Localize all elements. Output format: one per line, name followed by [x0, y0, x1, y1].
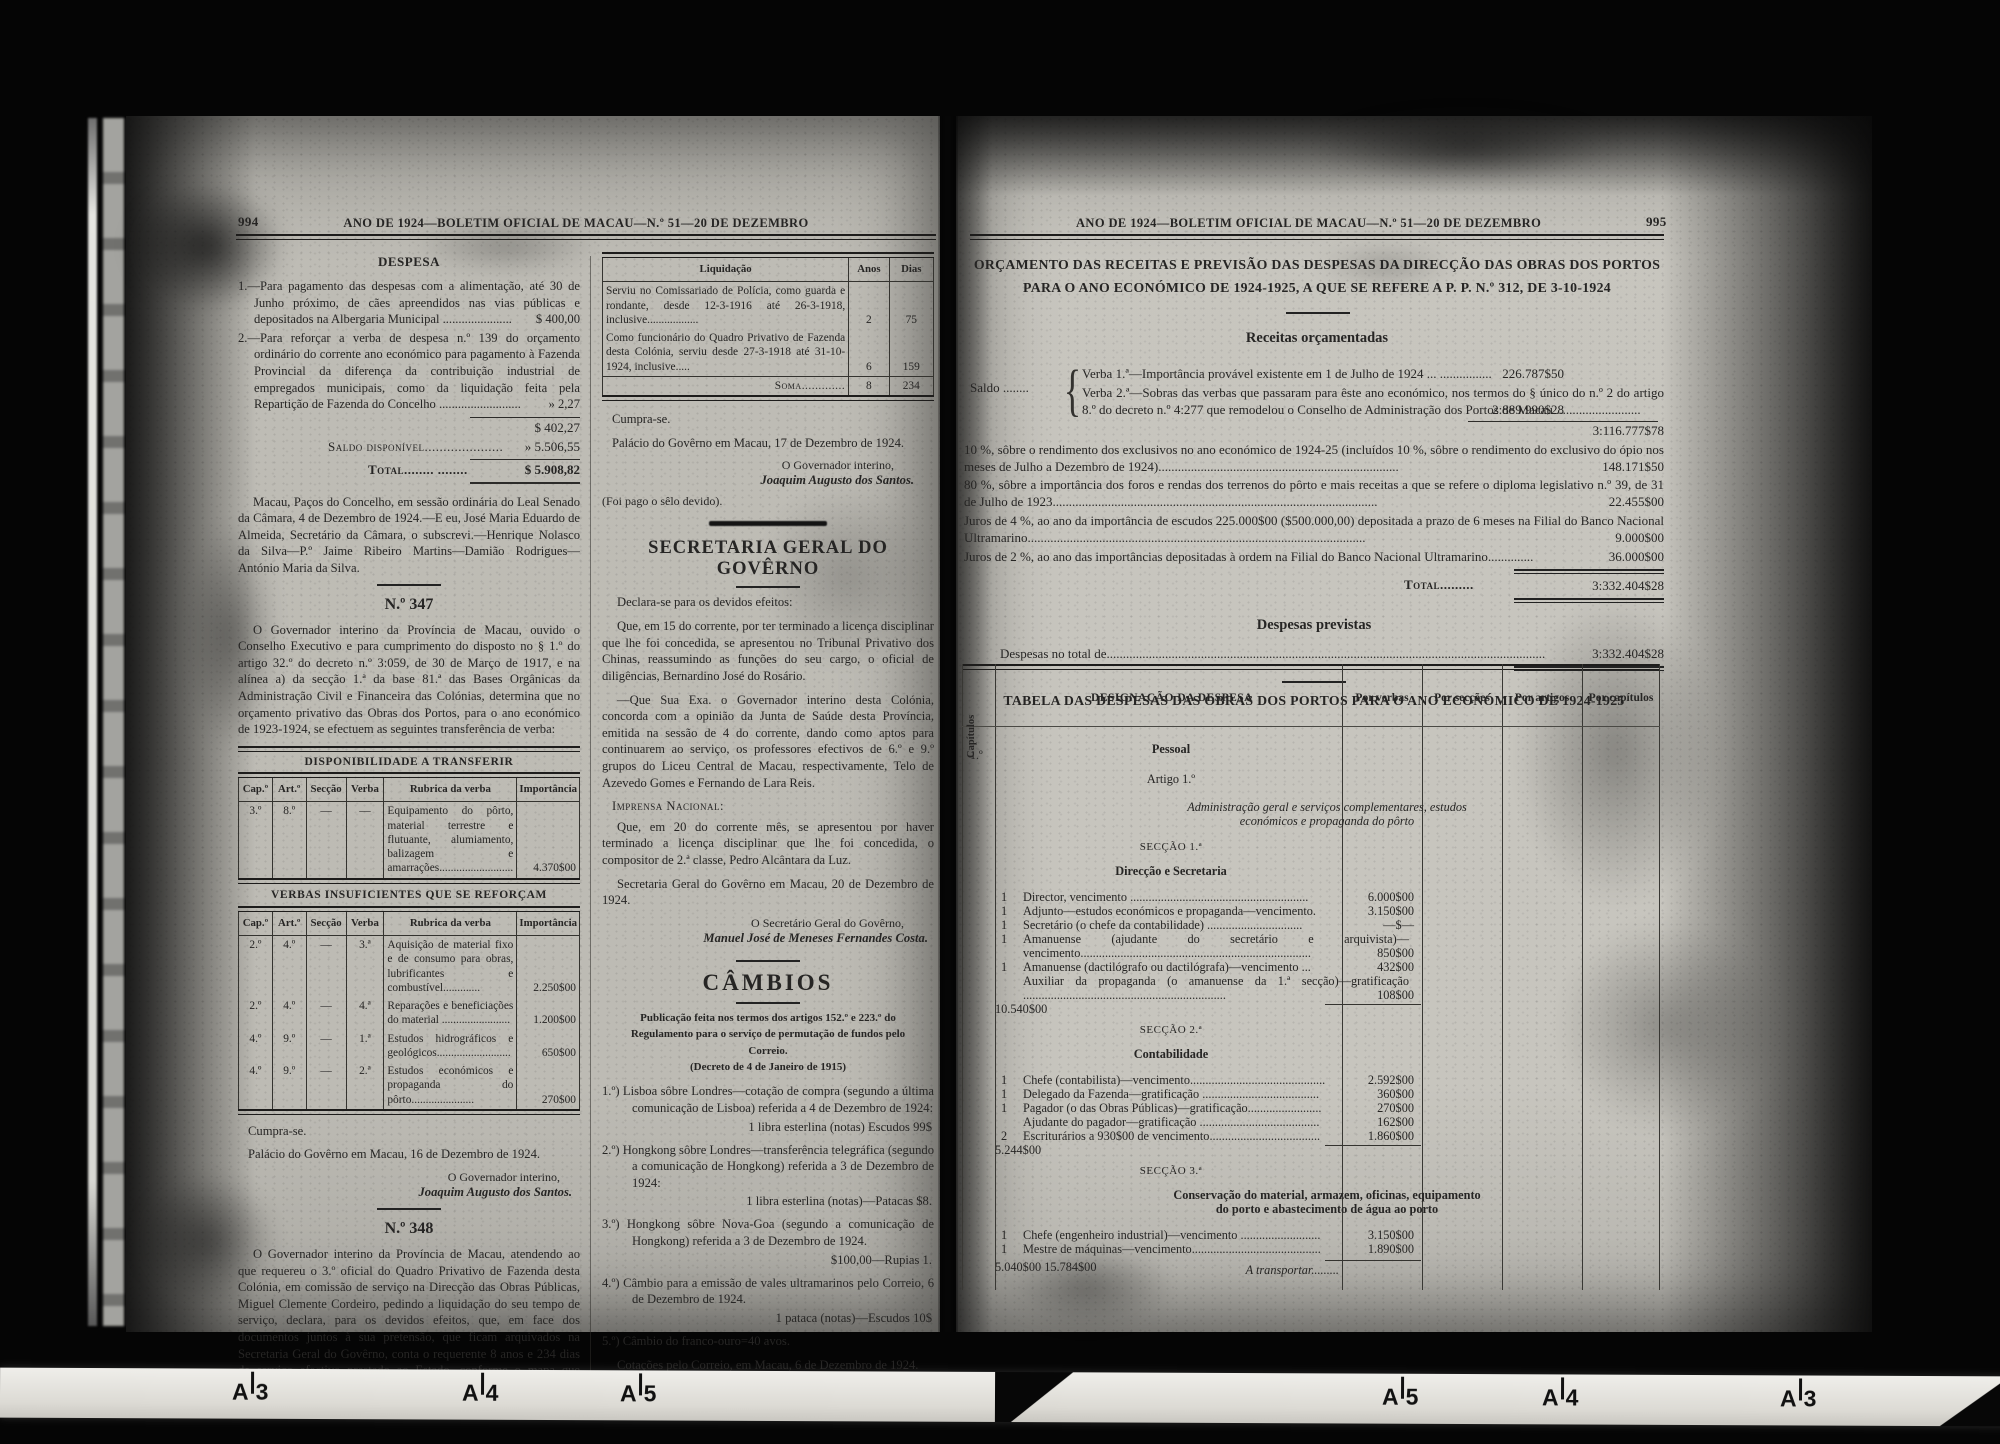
table-top-rule	[238, 746, 580, 752]
table-row: 2.º 4.º — 3.ª Aquisição de material fixo…	[239, 936, 580, 998]
cambio-item: 4.º) Câmbio para a emissão de vales ultr…	[602, 1275, 934, 1308]
cambio-quote: 1 libra esterlina (notas) Escudos 99$	[602, 1120, 934, 1135]
gazette-page-right: ANO DE 1924—BOLETIM OFICIAL DE MACAU—N.º…	[956, 116, 1872, 1332]
table-row: 1Adjunto—estudos económicos e propaganda…	[995, 904, 1659, 918]
table-rule	[238, 878, 580, 884]
signature: Joaquim Augusto dos Santos.	[602, 473, 934, 488]
table-row: Ajudante do pagador—gratificação .......…	[995, 1115, 1659, 1129]
column-rule	[590, 256, 591, 1416]
film-edge-strip	[88, 118, 97, 1326]
ruler-mark: A3	[1780, 1385, 1817, 1412]
table-row: 1Delegado da Fazenda—gratificação ......…	[995, 1087, 1659, 1101]
declara-line: Declara-se para os devidos efeitos:	[602, 594, 934, 611]
ruler-mark: A3	[232, 1379, 269, 1406]
film-sprocket-strip	[103, 118, 124, 1326]
table-line	[962, 664, 963, 1290]
reinforce-table: Cap.º Art.º Secção Verba Rubrica da verb…	[238, 912, 580, 1109]
artigo-heading: Artigo 1.º	[995, 772, 1347, 786]
n347-heading: N.º 347	[238, 596, 580, 614]
soma-row: Soma............. 8 234	[603, 376, 934, 395]
table-row: 1Director, vencimento ..................…	[995, 890, 1659, 904]
ruler-notch	[1011, 1372, 1073, 1422]
signature: Joaquim Augusto dos Santos.	[238, 1185, 580, 1200]
sec2-name: Contabilidade	[995, 1047, 1347, 1061]
imprensa-heading: Imprensa Nacional:	[602, 798, 934, 815]
gov-interino: O Governador interino,	[602, 458, 934, 473]
cambio-item: 5.º) Câmbio do franco-ouro=40 avos.	[602, 1333, 934, 1350]
verba1-line: Verba 1.ª—Importância provável existente…	[1082, 366, 1664, 383]
saldo-total-line: 3:116.777$78	[964, 423, 1664, 440]
cumpra-se: Cumpra-se.	[602, 411, 934, 428]
table-row: 2.º 4.º — 4.ª Reparações e beneficiações…	[239, 997, 580, 1030]
table-row: 3.º 8.º — — Equipamento do pôrto, materi…	[239, 802, 580, 878]
n347-body: O Governador interino da Província de Ma…	[238, 622, 580, 738]
heavy-separator	[709, 521, 827, 526]
tick-icon	[639, 1373, 642, 1395]
masthead-rule	[236, 234, 936, 240]
palacio-line: Palácio do Govêrno em Macau, 17 de Dezem…	[602, 435, 934, 452]
col-artigos: Por artigos	[1504, 692, 1580, 704]
secretario-geral: O Secretário Geral do Govêrno,	[602, 916, 934, 931]
secretaria-par3: Que, em 20 do corrente mês, se apresento…	[602, 819, 934, 869]
ruler-mark: A4	[1542, 1384, 1579, 1411]
total-line: Total......... 3:332.404$28	[964, 577, 1664, 595]
sec1-name: Direcção e Secretaria	[995, 864, 1347, 878]
sec2-label: SECÇÃO 2.ª	[995, 1023, 1347, 1037]
tick-icon	[1799, 1378, 1802, 1400]
cambios-title: CÂMBIOS	[602, 970, 934, 996]
table-rule	[602, 395, 934, 401]
liquidacao-table: Liquidação Anos Dias Serviu no Comissari…	[602, 258, 934, 395]
header-rule	[962, 726, 1660, 727]
cambios-decreto: (Decreto de 4 de Janeiro de 1915)	[602, 1061, 934, 1073]
left-column: DESPESA 1.—Para pagamento das despesas c…	[238, 252, 580, 1403]
total-line: Total........ ........ $ 5.908,82	[238, 462, 580, 479]
page-gutter	[938, 116, 958, 1332]
masthead-rule	[970, 234, 1664, 240]
despesas-title: Despesas previstas	[964, 617, 1664, 634]
brace: {	[1064, 359, 1081, 424]
signature: Manuel José de Meneses Fernandes Costa.	[602, 931, 934, 946]
separator	[377, 1208, 441, 1210]
amount: » 2,27	[549, 396, 580, 413]
transport-row: A transportar......... 5.040$00 15.784$0…	[995, 1260, 1659, 1282]
table-row: 1Pagador (o das Obras Públicas)—gratific…	[995, 1101, 1659, 1115]
separator	[377, 584, 441, 586]
table-row: 1Chefe (contabilista)—vencimento........…	[995, 1073, 1659, 1087]
middle-column: Liquidação Anos Dias Serviu no Comissari…	[602, 252, 934, 1381]
despesas-table: Capítulos DESIGNAÇÃO DA DESPESA Por verb…	[962, 664, 1660, 1290]
table-top-rule	[962, 664, 1660, 670]
table-row: 2Escriturários a 930$00 de vencimento...…	[995, 1129, 1659, 1143]
selo-note: (Foi pago o sêlo devido).	[602, 494, 934, 509]
table-row: Auxiliar da propaganda (o amanuense da 1…	[995, 974, 1659, 1002]
despesa-item: 1.—Para pagamento das despesas com a ali…	[238, 278, 580, 328]
despesa-item: 2.—Para reforçar a verba de despesa n.º …	[238, 330, 580, 413]
despesa-subtotal: $ 402,27	[238, 420, 580, 437]
palacio-line: Palácio do Govêrno em Macau, 16 de Dezem…	[238, 1146, 580, 1163]
tick-icon	[481, 1373, 484, 1395]
verba2-line: Verba 2.ª—Sobras das verbas que passaram…	[1082, 385, 1664, 419]
gazette-page-left: 994 ANO DE 1924—BOLETIM OFICIAL DE MACAU…	[126, 116, 940, 1332]
despesa-title: DESPESA	[238, 254, 580, 270]
line-10pct: 10 %, sôbre o rendimento dos exclusivos …	[964, 442, 1664, 476]
pessoal-heading: Pessoal	[995, 742, 1347, 756]
secretaria-date: Secretaria Geral do Govêrno em Macau, 20…	[602, 876, 934, 909]
table-body: Pessoal Artigo 1.º Administração geral e…	[995, 734, 1659, 1282]
ruler-mark: A5	[1382, 1384, 1419, 1411]
gov-interino: O Governador interino,	[238, 1170, 580, 1185]
ruler-end-cut	[1940, 1376, 2000, 1426]
table-row: 4.º 9.º — 2.ª Estudos económicos e propa…	[239, 1062, 580, 1109]
table-row: 1Secretário (o chefe da contabilidade) .…	[995, 918, 1659, 932]
juros2-line: Juros de 2 %, ao ano das importâncias de…	[964, 549, 1664, 566]
microfilm-scan: 994 ANO DE 1924—BOLETIM OFICIAL DE MACAU…	[0, 0, 2000, 1444]
secretaria-par1: Que, em 15 do corrente, por ter terminad…	[602, 618, 934, 684]
line-80pct: 80 %, sôbre a importância dos foros e re…	[964, 477, 1664, 511]
page-number: 995	[1646, 214, 1667, 230]
reinforce-table-title: VERBAS INSUFICIENTES QUE SE REFORÇAM	[238, 889, 580, 901]
chapter-number: 1.º	[970, 748, 983, 763]
section-subtotal: 5.244$00	[995, 1143, 1659, 1160]
table-row: 1Amanuense (ajudante do secretário e arq…	[995, 932, 1659, 960]
cambio-item: 3.º) Hongkong sôbre Nova-Goa (segundo a …	[602, 1216, 934, 1249]
sum-rule	[1514, 569, 1664, 574]
film-ruler: A3 A4 A5 A5 A4 A3	[0, 1368, 2000, 1427]
amount: $ 400,00	[536, 311, 580, 328]
col-verbas: Por verbas	[1344, 692, 1420, 704]
cambio-quote: $100,00—Rupias 1.	[602, 1253, 934, 1268]
ruler-notch	[995, 1372, 1011, 1422]
sec3-label: SECÇÃO 3.ª	[995, 1164, 1347, 1178]
orcamento-title: ORÇAMENTO DAS RECEITAS E PREVISÃO DAS DE…	[970, 254, 1664, 300]
despesas-line: Despesas no total de....................…	[964, 646, 1664, 663]
saldo-line: Saldo disponível..................... » …	[238, 439, 580, 456]
separator	[736, 586, 800, 588]
secretaria-title: SECRETARIA GERAL DO GOVÊRNO	[602, 538, 934, 580]
receitas-title: Receitas orçamentadas	[970, 330, 1664, 347]
tick-icon	[1401, 1377, 1404, 1399]
table-row: Serviu no Comissariado de Polícia, como …	[603, 282, 934, 329]
masthead: ANO DE 1924—BOLETIM OFICIAL DE MACAU—N.º…	[1076, 214, 1536, 232]
saldo-label: Saldo ........	[970, 380, 1029, 396]
tick-icon	[1561, 1377, 1564, 1399]
ruler-mark: A4	[462, 1380, 499, 1407]
table-row: 1Amanuense (dactilógrafo ou dactilógrafa…	[995, 960, 1659, 974]
receitas-block: Saldo ........ { Verba 1.ª—Importância p…	[964, 366, 1664, 709]
cambio-item: 1.º) Lisboa sôbre Londres—cotação de com…	[602, 1083, 934, 1116]
juros4-line: Juros de 4 %, ao ano da importância de e…	[964, 513, 1664, 547]
transfer-table: Cap.º Art.º Secção Verba Rubrica da verb…	[238, 778, 580, 878]
table-line	[1659, 664, 1660, 1290]
sec3-name: Conservação do material, armazem, oficin…	[1172, 1188, 1482, 1216]
table-row: 4.º 9.º — 1.ª Estudos hidrográficos e ge…	[239, 1030, 580, 1063]
table-row: 1Chefe (engenheiro industrial)—venciment…	[995, 1228, 1659, 1242]
ruler-mark: A5	[620, 1380, 657, 1407]
cambio-quote: 1 pataca (notas)—Escudos 10$	[602, 1311, 934, 1326]
tick-icon	[251, 1372, 254, 1394]
sec1-label: SECÇÃO 1.ª	[995, 840, 1347, 854]
sum-rule	[1514, 598, 1664, 603]
separator	[1286, 312, 1350, 314]
cumpra-se: Cumpra-se.	[238, 1123, 580, 1140]
section-subtotal: 10.540$00	[995, 1002, 1659, 1019]
cambio-item: 2.º) Hongkong sôbre Londres—transferênci…	[602, 1142, 934, 1192]
separator	[736, 1002, 800, 1004]
cambios-note: Publicação feita nos termos dos artigos …	[612, 1010, 924, 1060]
cambio-quote: 1 libra esterlina (notas)—Patacas $8.	[602, 1194, 934, 1209]
table-rule	[238, 1109, 580, 1115]
transfer-table-title: DISPONIBILIDADE A TRANSFERIR	[238, 756, 580, 768]
senado-paragraph: Macau, Paços do Concelho, em sessão ordi…	[238, 494, 580, 577]
masthead: ANO DE 1924—BOLETIM OFICIAL DE MACAU—N.º…	[326, 214, 826, 232]
admin-heading: Administração geral e serviços complemen…	[1177, 800, 1477, 828]
table-row: 1Mestre de máquinas—vencimento..........…	[995, 1242, 1659, 1256]
page-number: 994	[238, 214, 259, 230]
col-seccoes: Por secções	[1424, 692, 1500, 704]
n348-heading: N.º 348	[238, 1220, 580, 1238]
col-capitulos: Capítulos	[966, 676, 977, 796]
saldo-group: Saldo ........ { Verba 1.ª—Importância p…	[964, 366, 1664, 419]
separator	[736, 960, 800, 962]
secretaria-par2: —Que Sua Exa. o Governador interino dest…	[602, 692, 934, 792]
col-designacao: DESIGNAÇÃO DA DESPESA	[1022, 692, 1322, 704]
table-row: Como funcionário do Quadro Privativo de …	[603, 329, 934, 376]
col-por-capitulos: Por capítulos	[1582, 692, 1660, 704]
